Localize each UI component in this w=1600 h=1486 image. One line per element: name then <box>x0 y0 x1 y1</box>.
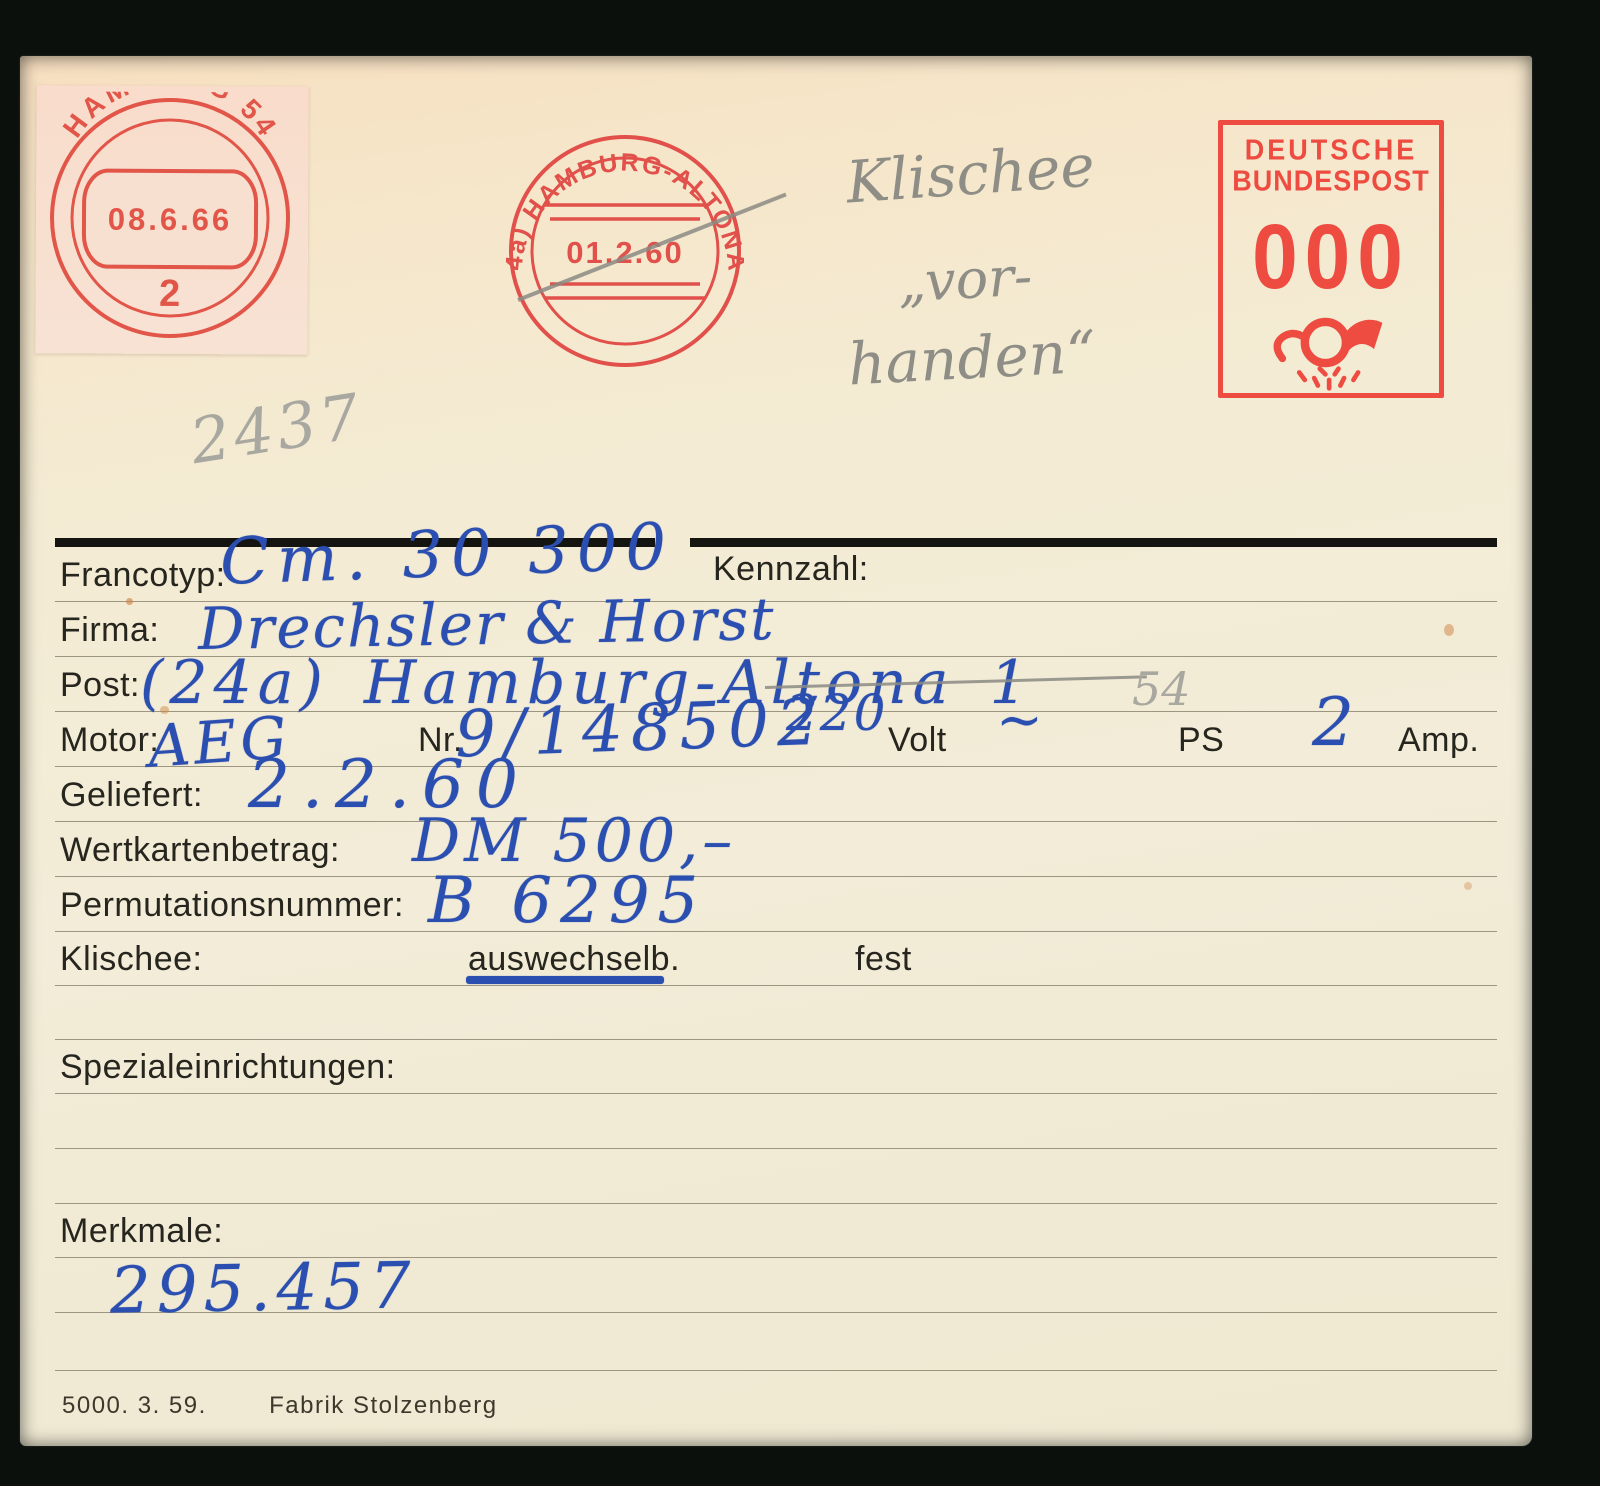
francotyp-registration-card: HAMBURG 54 08.6.66 2 (24a) HAMBURG-ALTON… <box>20 56 1532 1446</box>
pencil-note-line2: „vor- <box>896 245 1033 315</box>
post-label: Post: <box>60 666 140 705</box>
auswechselbar-ink-underline <box>466 976 664 984</box>
volt-value-handwritten: 220 <box>786 684 887 742</box>
amp-value-handwritten: 2 <box>1312 684 1354 761</box>
ps-label: PS <box>1178 721 1224 760</box>
ruled-line <box>55 1370 1497 1371</box>
kennzahl-label: Kennzahl: <box>713 550 869 589</box>
klischee-option-fest: fest <box>855 940 912 979</box>
francotyp-label: Francotyp: <box>60 556 226 595</box>
merkmale-label: Merkmale: <box>60 1212 223 1251</box>
volt-label: Volt <box>888 721 947 760</box>
volt-tilde-handwritten: ~ <box>996 688 1043 753</box>
spezialeinrichtungen-label: Spezialeinrichtungen: <box>60 1048 396 1087</box>
age-spot <box>1444 624 1454 636</box>
scanned-photo-background: HAMBURG 54 08.6.66 2 (24a) HAMBURG-ALTON… <box>0 0 1600 1486</box>
klischee-label: Klischee: <box>60 940 202 979</box>
geliefert-label: Geliefert: <box>60 776 203 815</box>
meter-value: 000 <box>1223 205 1439 310</box>
ruled-line <box>55 1203 1497 1204</box>
meter-line1: DEUTSCHE <box>1223 134 1439 167</box>
motor-label: Motor: <box>60 721 159 760</box>
printer-imprint: 5000. 3. 59. Fabrik Stolzenberg <box>62 1392 498 1420</box>
amp-label: Amp. <box>1398 721 1479 760</box>
postmark-date: 08.6.66 <box>108 202 233 238</box>
altona-postmark: (24a) HAMBURG-ALTONA 1 01.2.60 <box>506 132 744 370</box>
ruled-line <box>55 1039 1497 1040</box>
klischee-option-auswechselbar: auswechselb. <box>468 940 680 979</box>
ruled-line <box>55 1093 1497 1094</box>
pencil-note-line3: handen“ <box>846 318 1097 399</box>
francotyp-value-handwritten: Cm. 30 300 <box>219 510 676 600</box>
ruled-line <box>55 985 1497 986</box>
imprint-manufacturer: Fabrik Stolzenberg <box>269 1392 497 1419</box>
posthorn-icon <box>1259 307 1403 393</box>
ruled-line <box>55 876 1497 877</box>
postmark-slot-number: 2 <box>159 273 180 315</box>
age-spot <box>1464 882 1472 890</box>
pencil-number: 2437 <box>185 379 368 478</box>
firma-label: Firma: <box>60 611 159 650</box>
meter-line2: BUNDESPOST <box>1223 165 1439 198</box>
permutationsnummer-label: Permutationsnummer: <box>60 886 404 925</box>
header-bar-right <box>690 538 1497 547</box>
age-spot <box>160 706 169 714</box>
imprint-number: 5000. 3. 59. <box>62 1392 207 1419</box>
hamburg54-postmark: HAMBURG 54 08.6.66 2 <box>45 91 294 342</box>
merkmale-value-handwritten: 295.457 <box>109 1249 417 1328</box>
ruled-line <box>55 1148 1497 1149</box>
permutationsnummer-value-handwritten: B 6295 <box>428 864 706 938</box>
ruled-line <box>55 931 1497 932</box>
age-spot <box>126 598 133 605</box>
wertkartenbetrag-label: Wertkartenbetrag: <box>60 831 340 870</box>
pencil-note-line1: Klischee <box>844 131 1097 216</box>
meter-stamp-frame: DEUTSCHE BUNDESPOST 000 <box>1218 120 1444 398</box>
glued-stamp-square: HAMBURG 54 08.6.66 2 <box>35 85 308 354</box>
pencil-post-replacement: 54 <box>1132 662 1191 716</box>
